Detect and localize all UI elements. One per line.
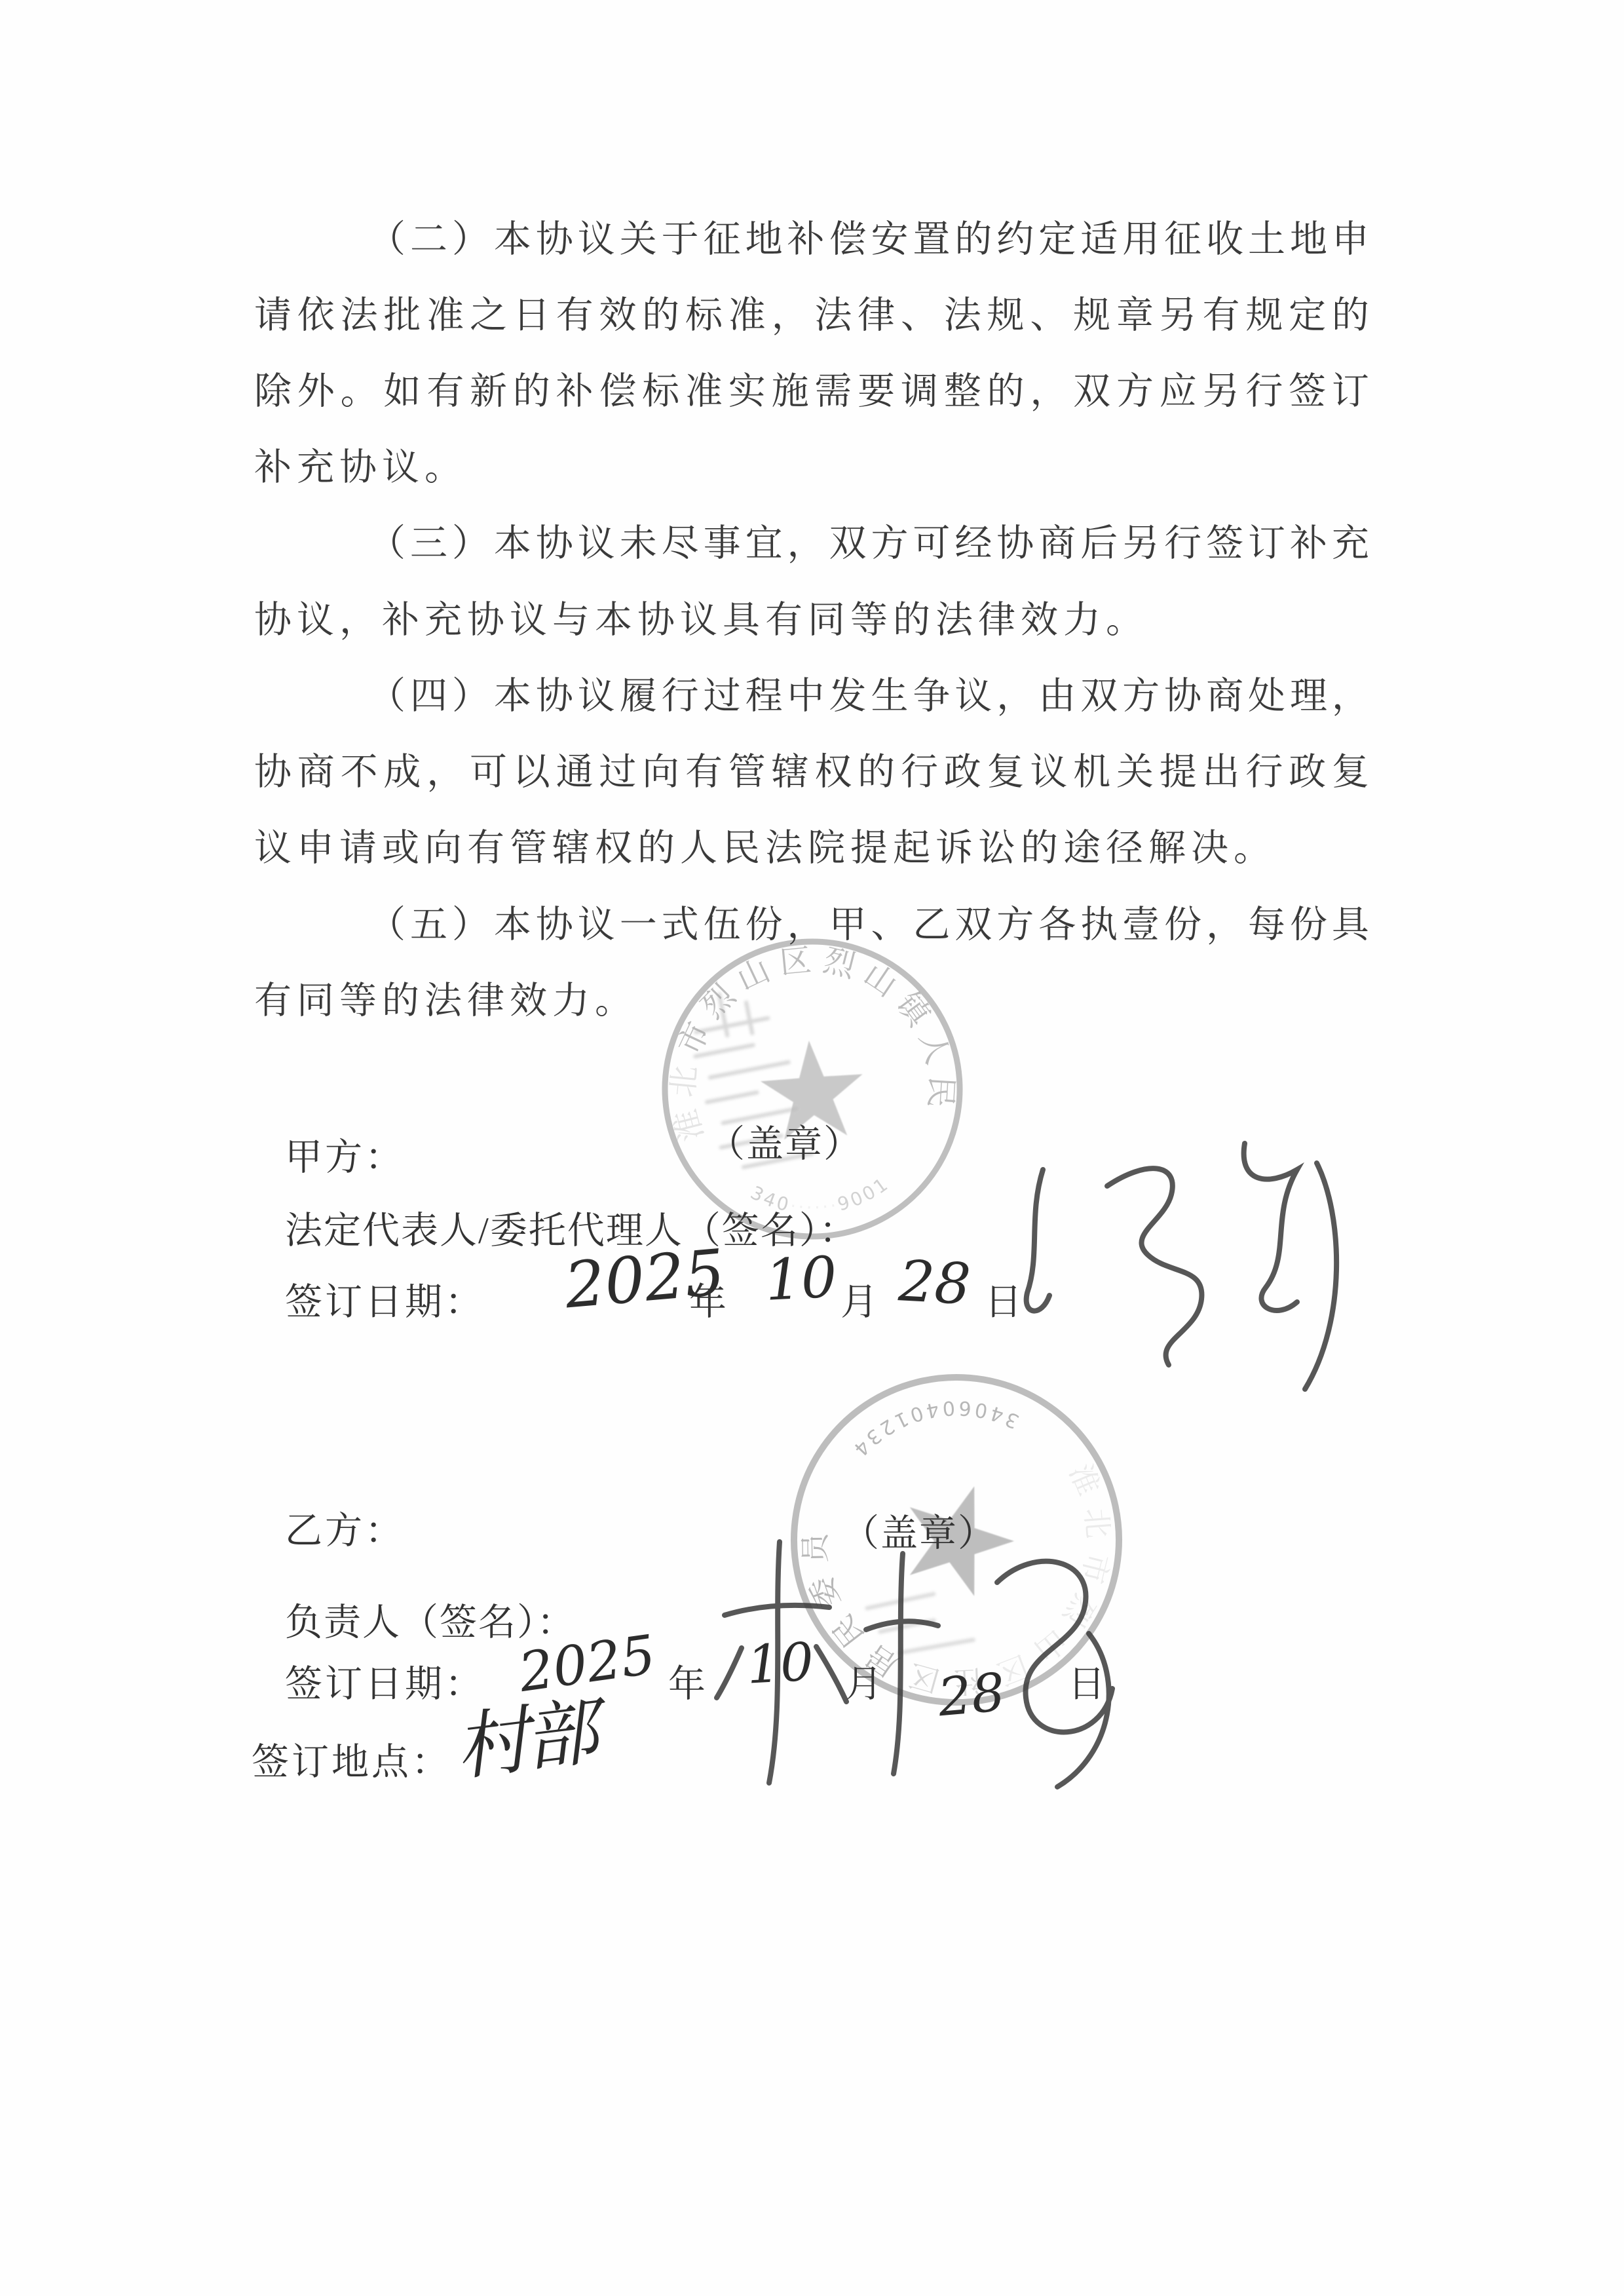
party-a-representative-label: 法定代表人/委托代理人（签名）： bbox=[285, 1200, 858, 1254]
party-b-signature bbox=[701, 1491, 1173, 1799]
body-line: 补充协议。 bbox=[254, 444, 1369, 491]
body-line: 请依法批准之日有效的标准，法律、法规、规章另有规定的 bbox=[254, 292, 1369, 339]
party-a-handwritten-month: 10 bbox=[763, 1244, 839, 1314]
body-line: 除外。如有新的补偿标准实施需要调整的，双方应另行签订 bbox=[254, 368, 1369, 415]
party-a-seal-hint: （盖章） bbox=[708, 1114, 862, 1168]
body-line: （四）本协议履行过程中发生争议，由双方协商处理， bbox=[368, 673, 1369, 720]
body-line: 议申请或向有管辖权的人民法院提起诉讼的途径解决。 bbox=[254, 825, 1369, 872]
party-a-date-label: 签订日期： bbox=[285, 1272, 485, 1326]
body-line: （三）本协议未尽事宜，双方可经协商后另行签订补充 bbox=[368, 520, 1369, 567]
body-line: 有同等的法律效力。 bbox=[254, 978, 1369, 1025]
party-b-label: 乙方： bbox=[285, 1501, 405, 1554]
document-page: （二）本协议关于征地补偿安置的约定适用征收土地申请依法批准之日有效的标准，法律、… bbox=[0, 0, 1624, 2296]
party-b-responsible-label: 负责人（签名）： bbox=[285, 1592, 576, 1646]
body-line: （五）本协议一式伍份，甲、乙双方各执壹份，每份具 bbox=[368, 902, 1369, 949]
party-a-label: 甲方： bbox=[285, 1127, 405, 1181]
party-a-month-unit: 月 bbox=[840, 1272, 880, 1326]
party-a-handwritten-year: 2025 bbox=[562, 1236, 728, 1323]
signing-location-label: 签订地点： bbox=[252, 1732, 451, 1786]
party-a-handwritten-day: 28 bbox=[897, 1248, 972, 1318]
body-line: （二）本协议关于征地补偿安置的约定适用征收土地申 bbox=[368, 216, 1369, 263]
party-a-signature bbox=[1009, 1124, 1376, 1406]
body-line: 协议，补充协议与本协议具有同等的法律效力。 bbox=[254, 597, 1369, 644]
body-line: 协商不成，可以通过向有管辖权的行政复议机关提出行政复 bbox=[254, 749, 1369, 796]
handwritten-signing-location: 村部 bbox=[449, 1674, 599, 1795]
